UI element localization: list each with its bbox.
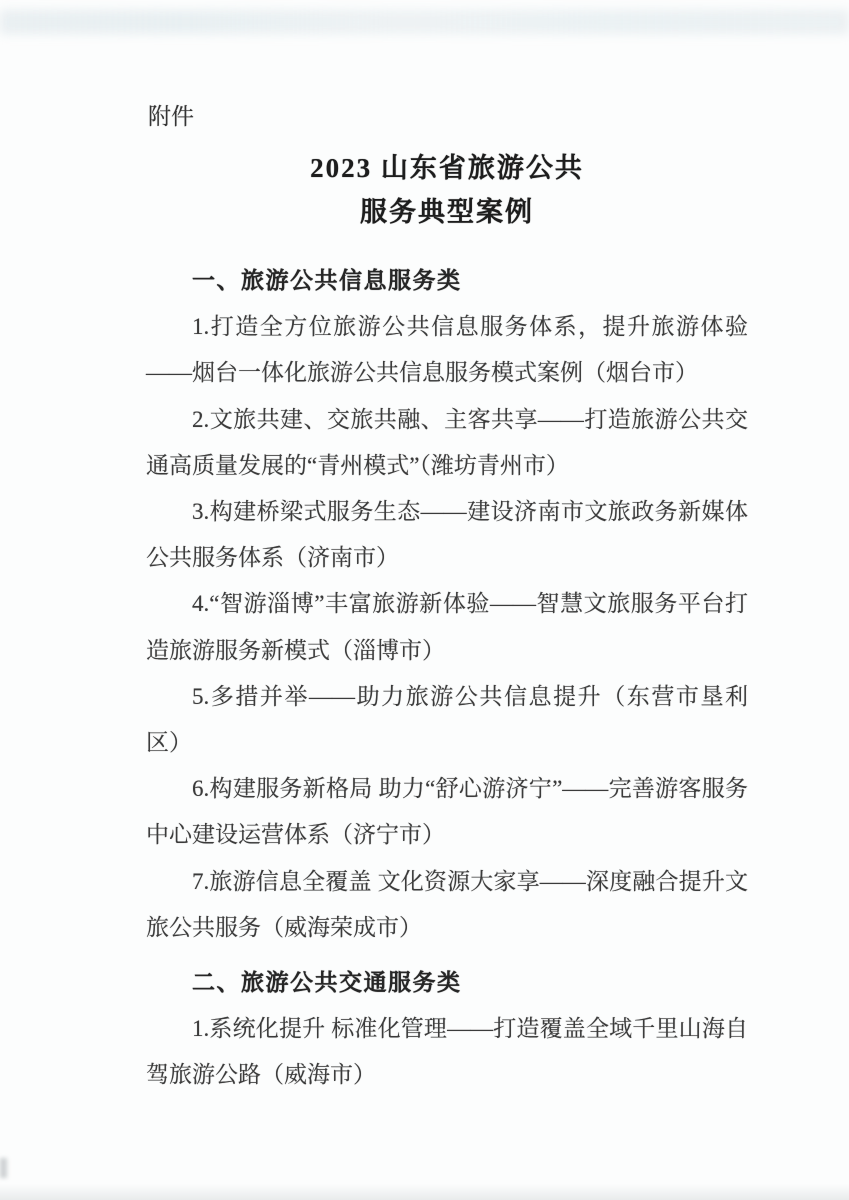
attachment-label: 附件 [148, 100, 194, 134]
case-item-1-2: 2.文旅共建、交旅共融、主客共享——打造旅游公共交通高质量发展的“青州模式”（潍… [146, 397, 748, 489]
scan-artifact-top-smudge [0, 10, 849, 34]
case-item-1-4: 4.“智游淄博”丰富旅游新体验——智慧文旅服务平台打造旅游服务新模式（淄博市） [146, 581, 748, 673]
document-title-line1: 2023 山东省旅游公共 [146, 146, 748, 190]
case-item-1-5: 5.多措并举——助力旅游公共信息提升（东营市垦利区） [146, 674, 748, 766]
document-body: 一、旅游公共信息服务类 1.打造全方位旅游公共信息服务体系，提升旅游体验——烟台… [146, 258, 748, 1099]
section-heading-transport-services: 二、旅游公共交通服务类 [146, 960, 748, 1006]
case-item-1-6: 6.构建服务新格局 助力“舒心游济宁”——完善游客服务中心建设运营体系（济宁市） [146, 766, 748, 858]
scanned-document-page: 附件 2023 山东省旅游公共 服务典型案例 一、旅游公共信息服务类 1.打造全… [0, 0, 849, 1200]
section-heading-information-services: 一、旅游公共信息服务类 [146, 258, 748, 304]
scan-artifact-bottom-shadow [0, 1184, 849, 1200]
case-item-2-1: 1.系统化提升 标准化管理——打造覆盖全域千里山海自驾旅游公路（威海市） [146, 1006, 748, 1098]
document-title-line2: 服务典型案例 [146, 190, 748, 234]
document-title: 2023 山东省旅游公共 服务典型案例 [146, 146, 748, 234]
scan-artifact-left-edge-speck [0, 1158, 7, 1178]
case-item-1-3: 3.构建桥梁式服务生态——建设济南市文旅政务新媒体公共服务体系（济南市） [146, 489, 748, 581]
case-item-1-1: 1.打造全方位旅游公共信息服务体系，提升旅游体验——烟台一体化旅游公共信息服务模… [146, 304, 748, 396]
case-item-1-7: 7.旅游信息全覆盖 文化资源大家享——深度融合提升文旅公共服务（威海荣成市） [146, 859, 748, 951]
